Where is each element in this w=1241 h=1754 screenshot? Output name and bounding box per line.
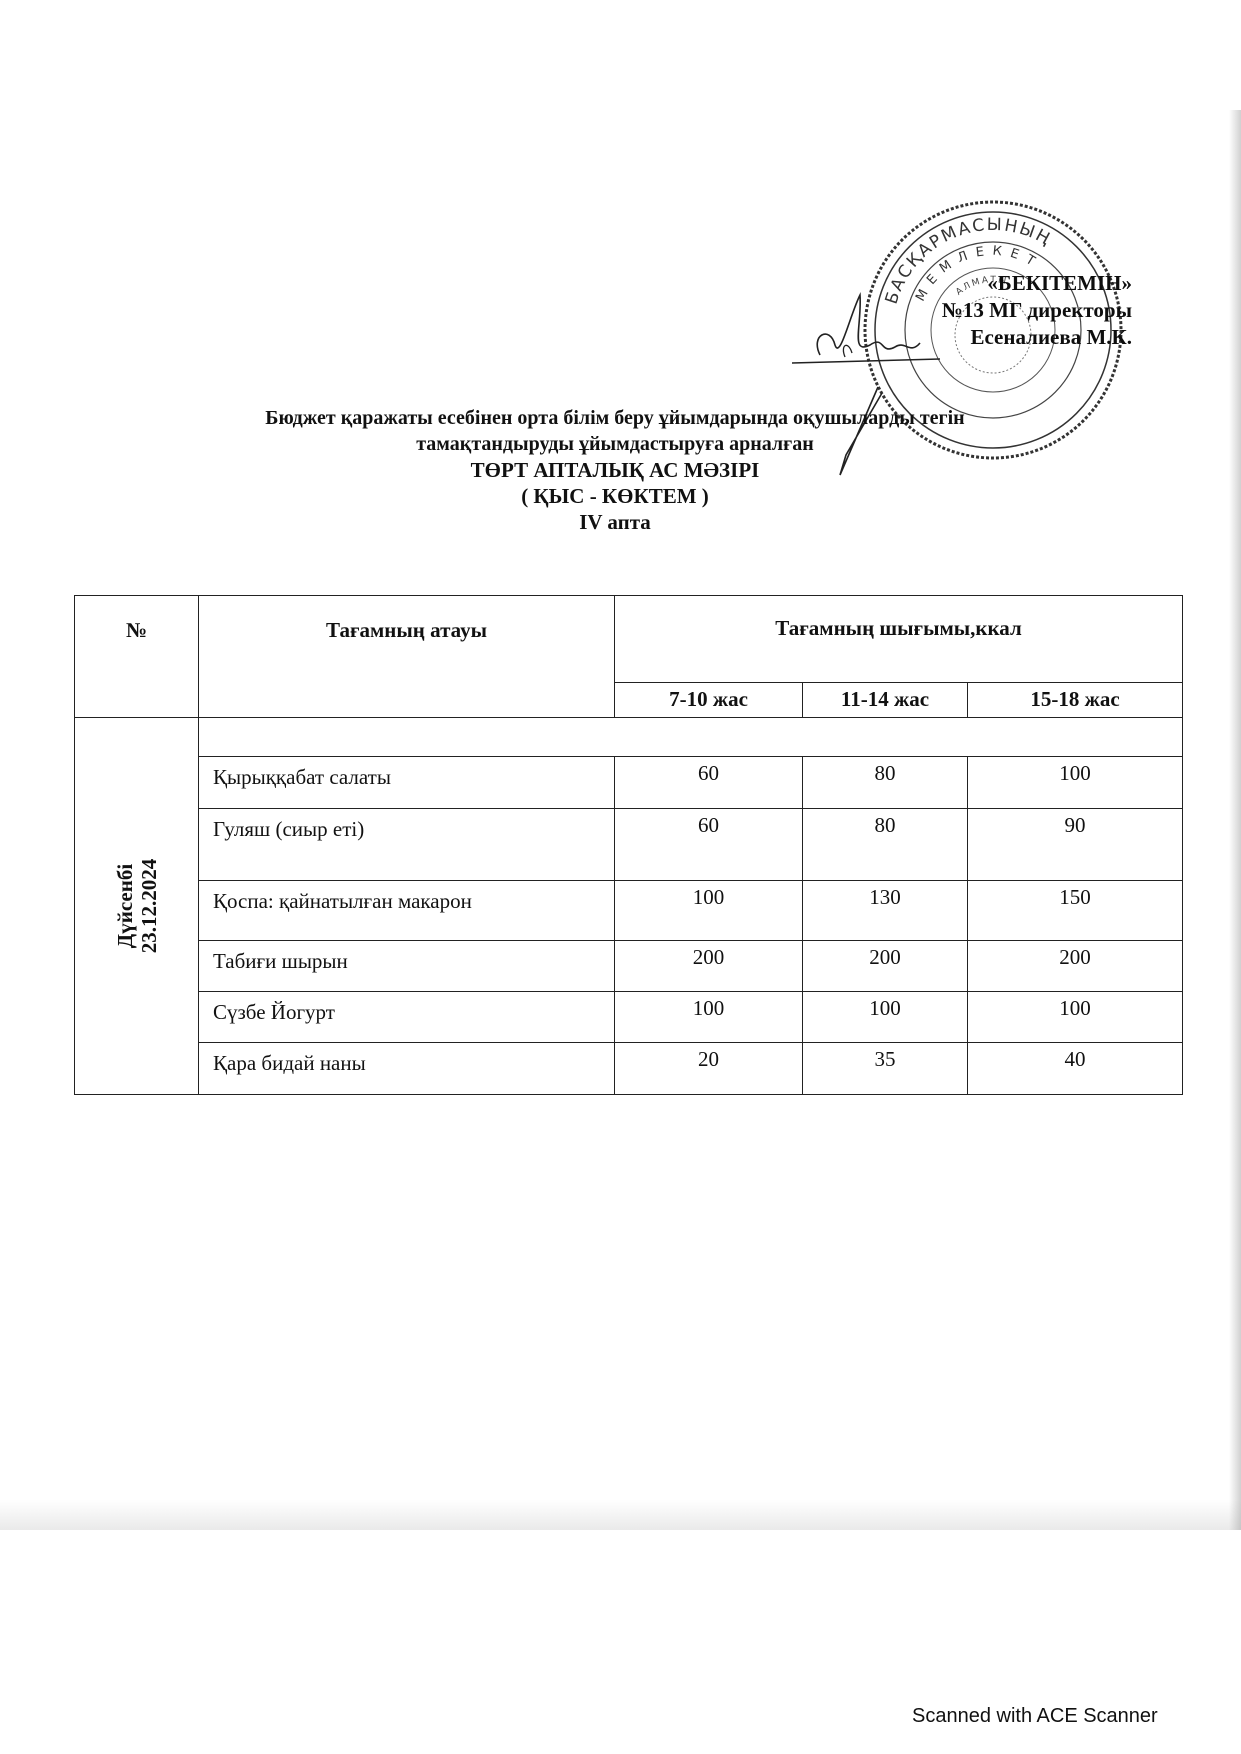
approval-heading: «БЕКІТЕМІН» [900, 270, 1132, 297]
value-15-18: 90 [968, 809, 1183, 881]
table-row: Қырыққабат салаты 60 80 100 [75, 757, 1183, 809]
value-15-18: 100 [968, 757, 1183, 809]
value-15-18: 100 [968, 992, 1183, 1043]
value-15-18: 40 [968, 1043, 1183, 1095]
table-row: Қоспа: қайнатылған макарон 100 130 150 [75, 881, 1183, 941]
title-line-2: тамақтандыруды ұйымдастыруға арналған [150, 431, 1080, 457]
day-label: Дүйсенбі 23.12.2024 [113, 859, 161, 954]
value-7-10: 60 [615, 809, 803, 881]
value-7-10: 60 [615, 757, 803, 809]
value-11-14: 100 [803, 992, 968, 1043]
scan-shadow-right [1229, 110, 1241, 1530]
header-number: № [75, 596, 199, 718]
blank-row [199, 718, 1183, 757]
value-7-10: 100 [615, 881, 803, 941]
value-7-10: 200 [615, 941, 803, 992]
value-11-14: 80 [803, 809, 968, 881]
header-age-7-10: 7-10 жас [615, 683, 803, 718]
table-row: Қара бидай наны 20 35 40 [75, 1043, 1183, 1095]
value-7-10: 100 [615, 992, 803, 1043]
table-row: Гуляш (сиыр еті) 60 80 90 [75, 809, 1183, 881]
header-output: Тағамның шығымы,ккал [615, 596, 1183, 683]
day-date: 23.12.2024 [137, 859, 161, 954]
table-row: Табиғи шырын 200 200 200 [75, 941, 1183, 992]
dish-name: Табиғи шырын [199, 941, 615, 992]
value-15-18: 150 [968, 881, 1183, 941]
approval-name: Есеналиева М.К. [900, 324, 1132, 351]
value-7-10: 20 [615, 1043, 803, 1095]
dish-name: Қара бидай наны [199, 1043, 615, 1095]
dish-name: Сүзбе Йогурт [199, 992, 615, 1043]
header-age-11-14: 11-14 жас [803, 683, 968, 718]
value-15-18: 200 [968, 941, 1183, 992]
approval-position: №13 МГ директоры [900, 297, 1132, 324]
value-11-14: 200 [803, 941, 968, 992]
scanner-watermark: Scanned with ACE Scanner [912, 1705, 1158, 1728]
title-line-4: ( ҚЫС - КӨКТЕМ ) [150, 483, 1080, 509]
value-11-14: 80 [803, 757, 968, 809]
table-row: Сүзбе Йогурт 100 100 100 [75, 992, 1183, 1043]
scan-shadow-bottom [0, 1500, 1241, 1530]
title-line-1: Бюджет қаражаты есебінен орта білім беру… [150, 405, 1080, 431]
dish-name: Қоспа: қайнатылған макарон [199, 881, 615, 941]
title-line-3: ТӨРТ АПТАЛЫҚ АС МӘЗІРІ [150, 457, 1080, 483]
menu-table: № Тағамның атауы Тағамның шығымы,ккал 7-… [74, 595, 1183, 1095]
header-age-15-18: 15-18 жас [968, 683, 1183, 718]
day-cell: Дүйсенбі 23.12.2024 [75, 718, 199, 1095]
dish-name: Қырыққабат салаты [199, 757, 615, 809]
document-title: Бюджет қаражаты есебінен орта білім беру… [150, 405, 1080, 535]
title-line-5: IV апта [150, 509, 1080, 535]
value-11-14: 130 [803, 881, 968, 941]
value-11-14: 35 [803, 1043, 968, 1095]
day-name: Дүйсенбі [113, 859, 137, 954]
header-dish-name: Тағамның атауы [199, 596, 615, 718]
approval-block: «БЕКІТЕМІН» №13 МГ директоры Есеналиева … [900, 270, 1132, 351]
dish-name: Гуляш (сиыр еті) [199, 809, 615, 881]
